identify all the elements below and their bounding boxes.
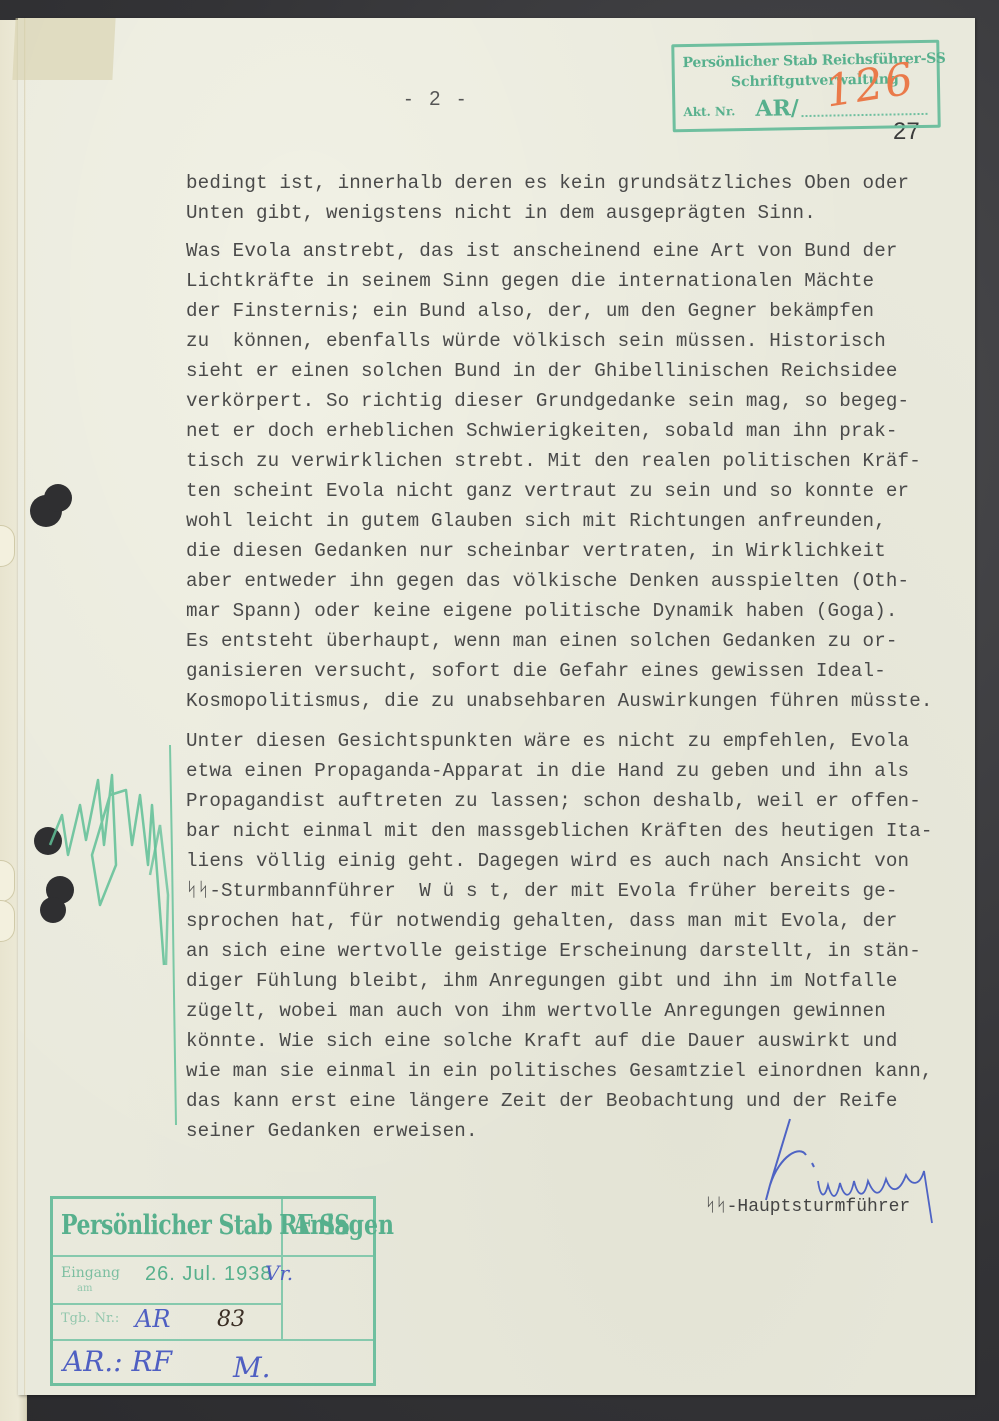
body-line: seiner Gedanken erweisen. [186, 1120, 478, 1142]
body-line: das kann erst eine längere Zeit der Beob… [186, 1090, 898, 1112]
body-line: Lichtkräfte in seinem Sinn gegen die int… [186, 270, 874, 292]
body-line: verkörpert. So richtig dieser Grundgedan… [186, 390, 909, 412]
signatory-rank: ᛋᛋ-Hauptsturmführer [705, 1197, 910, 1217]
stamp-attachments-label: Anlagen [293, 1209, 394, 1242]
stamp-dotted-line [802, 113, 928, 117]
body-line: ten scheint Evola nicht ganz vertraut zu… [186, 480, 909, 502]
body-line: etwa einen Propaganda-Apparat in die Han… [186, 760, 909, 782]
body-line: Unten gibt, wenigstens nicht in dem ausg… [186, 202, 816, 224]
file-reference-stamp: Persönlicher Stab Reichsführer-SS Schrif… [671, 40, 940, 133]
body-line: könnte. Wie sich eine solche Kraft auf d… [186, 1030, 898, 1052]
stamp-divider [53, 1339, 373, 1341]
body-line: diger Fühlung bleibt, ihm Anregungen gib… [186, 970, 898, 992]
body-line: bar nicht einmal mit den massgeblichen K… [186, 820, 933, 842]
page-number: - 2 - [405, 88, 471, 111]
body-line: zu können, ebenfalls würde völkisch sein… [186, 330, 886, 352]
received-sub-label: am [77, 1283, 92, 1294]
body-line: Propagandist auftreten zu lassen; schon … [186, 790, 921, 812]
body-line: tisch zu verwirklichen strebt. Mit den r… [186, 450, 921, 472]
body-line: net er doch erheblichen Schwierigkeiten,… [186, 420, 898, 442]
body-line: sprochen hat, für notwendig gehalten, da… [186, 910, 898, 932]
routing-note: AR.: RF [63, 1345, 172, 1378]
pencil-annotation-icon [40, 735, 190, 1135]
stamp-file-prefix: AR/ [755, 95, 799, 122]
body-line: Kosmopolitismus, die zu unabsehbaren Aus… [186, 690, 933, 712]
received-initial: Vr. [265, 1261, 293, 1285]
body-line: bedingt ist, innerhalb deren es kein gru… [186, 172, 909, 194]
routing-initial: M. [233, 1351, 271, 1384]
received-date: 26. Jul. 1938 [145, 1263, 273, 1286]
body-line: Was Evola anstrebt, das ist anscheinend … [186, 240, 898, 262]
page-fold [24, 18, 26, 1395]
body-line: mar Spann) oder keine eigene politische … [186, 600, 898, 622]
body-line: der Finsternis; ein Bund also, der, um d… [186, 300, 874, 322]
body-line: ᛋᛋ-Sturmbannführer W ü s t, der mit Evol… [186, 880, 898, 902]
body-line: Es entsteht überhaupt, wenn man einen so… [186, 630, 898, 652]
body-line: Unter diesen Gesichtspunkten wäre es nic… [186, 730, 909, 752]
body-line: aber entweder ihn gegen das völkische De… [186, 570, 909, 592]
punch-hole [44, 484, 72, 512]
body-line: ganisieren versucht, sofort die Gefahr e… [186, 660, 886, 682]
body-line: die diesen Gedanken nur scheinbar vertra… [186, 540, 886, 562]
receipt-stamp: Persönlicher Stab RF SS Anlagen Eingang … [50, 1196, 376, 1386]
journal-prefix: AR [135, 1305, 170, 1333]
adhesive-tape [12, 18, 115, 80]
body-line: zügelt, wobei man auch von ihm wertvolle… [186, 1000, 886, 1022]
stamp-file-label: Akt. Nr. [683, 104, 735, 119]
body-line: wie man sie einmal in ein politisches Ge… [186, 1060, 933, 1082]
stamp-divider [53, 1255, 373, 1257]
body-line: sieht er einen solchen Bund in der Ghibe… [186, 360, 898, 382]
journal-number: 83 [217, 1307, 245, 1332]
body-line: an sich eine wertvolle geistige Erschein… [186, 940, 921, 962]
journal-label: Tgb. Nr.: [61, 1311, 119, 1326]
body-line: liens völlig einig geht. Dagegen wird es… [186, 850, 909, 872]
received-label: Eingang [61, 1265, 120, 1281]
body-line: wohl leicht in gutem Glauben sich mit Ri… [186, 510, 886, 532]
